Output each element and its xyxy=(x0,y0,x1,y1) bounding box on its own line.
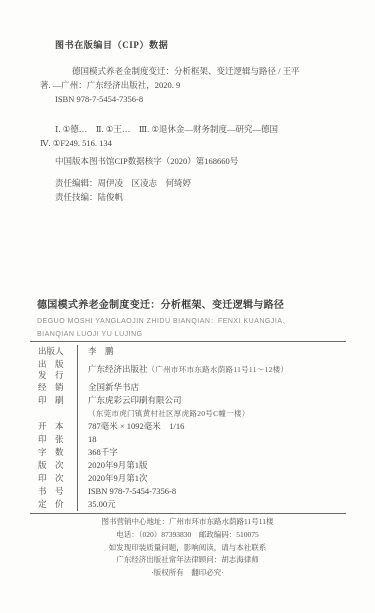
colophon-row-sheets: 印 张 18 xyxy=(30,433,346,446)
classification-line: Ⅰ. ①德… Ⅱ. ①王… Ⅲ. ①退休金—财务制度—研究—德国 xyxy=(40,123,360,137)
colophon-table: 出版人 李 鹏 出 版 发 行 广东经济出版社（广州市环市东路水荫路11号11～… xyxy=(30,341,346,514)
footer-marketing-address: 图书营销中心地址：广州市环市东路水荫路11号11楼 xyxy=(0,516,375,529)
row-label: 开 本 xyxy=(30,420,78,433)
cip-header: 图书在版编目（CIP）数据 xyxy=(55,38,168,51)
copyright-page: 图书在版编目（CIP）数据 德国模式养老金制度变迁：分析框架、变迁逻辑与路径 /… xyxy=(0,0,375,613)
cip-record-isbn: ISBN 978-7-5454-7356-8 xyxy=(40,93,355,107)
footer-copyright-notice: ·版权所有 翻印必究· xyxy=(0,567,375,580)
classification-line: Ⅳ. ①F249. 516. 134 xyxy=(40,137,360,151)
row-value: ISBN 978-7-5454-7356-8 xyxy=(78,485,176,498)
book-title-block: 德国模式养老金制度变迁：分析框架、变迁逻辑与路径 DEGUO MOSHI YAN… xyxy=(37,296,355,341)
editorial-credits: 责任编辑：周伊凌 区凌志 何绮婷 责任技编：陆俊帆 xyxy=(55,177,191,204)
row-label: 字 数 xyxy=(30,446,78,459)
row-label: 出 版 发 行 xyxy=(30,358,78,381)
row-value: 广东虎彩云印刷有限公司 （东莞市虎门镇黄村社区厚虎路20号C幢一楼） xyxy=(78,394,250,420)
cip-record-number: 中国版本图书馆CIP数据核字（2020）第168660号 xyxy=(55,155,238,167)
row-label: 出版人 xyxy=(30,345,78,358)
credits-editors: 责任编辑：周伊凌 区凌志 何绮婷 xyxy=(55,177,191,191)
colophon-row-wordcount: 字 数 368千字 xyxy=(30,446,346,459)
book-title: 德国模式养老金制度变迁：分析框架、变迁逻辑与路径 xyxy=(37,296,355,311)
cip-record: 德国模式养老金制度变迁：分析框架、变迁逻辑与路径 / 王平 著. —广州：广东经… xyxy=(40,65,355,106)
row-label: 印 张 xyxy=(30,433,78,446)
row-label: 印 刷 xyxy=(30,394,78,420)
cip-classification: Ⅰ. ①德… Ⅱ. ①王… Ⅲ. ①退休金—财务制度—研究—德国 Ⅳ. ①F24… xyxy=(40,123,360,151)
cip-record-line: 著. —广州：广东经济出版社，2020. 9 xyxy=(40,79,355,93)
footer-quality-notice: 如发现印装质量问题，影响阅读，请与本社联系 xyxy=(0,542,375,555)
colophon-row-impression: 印 次 2020年9月第1次 xyxy=(30,472,346,485)
row-value: 广东经济出版社（广州市环市东路水荫路11号11～12楼） xyxy=(78,358,288,381)
row-label: 定 价 xyxy=(30,498,78,511)
footer-phone-postcode: 电话：（020）87393830 邮政编码：510075 xyxy=(0,529,375,542)
page-footer: 图书营销中心地址：广州市环市东路水荫路11号11楼 电话：（020）873938… xyxy=(0,516,375,580)
row-label: 印 次 xyxy=(30,472,78,485)
publisher-address: （广州市环市东路水荫路11号11～12楼） xyxy=(148,363,289,376)
credits-technical-editor: 责任技编：陆俊帆 xyxy=(55,191,191,205)
colophon-row-distribution: 经 销 全国新华书店 xyxy=(30,381,346,394)
colophon-row-price: 定 价 35.00元 xyxy=(30,498,346,511)
colophon-row-publish-distribute: 出 版 发 行 广东经济出版社（广州市环市东路水荫路11号11～12楼） xyxy=(30,358,346,381)
footer-legal-counsel: 广东经济出版社常年法律顾问：胡志海律师 xyxy=(0,554,375,567)
colophon-row-isbn: 书 号 ISBN 978-7-5454-7356-8 xyxy=(30,485,346,498)
row-value: 368千字 xyxy=(78,446,118,459)
row-label: 版 次 xyxy=(30,459,78,472)
row-value: 787毫米 × 1092毫米 1/16 xyxy=(78,420,184,433)
printer-address: （东莞市虎门镇黄村社区厚虎路20号C幢一楼） xyxy=(88,407,250,420)
book-title-pinyin: DEGUO MOSHI YANGLAOJIN ZHIDU BIANQIAN：FE… xyxy=(37,315,355,328)
colophon-row-edition: 版 次 2020年9月第1版 xyxy=(30,459,346,472)
cip-record-line: 德国模式养老金制度变迁：分析框架、变迁逻辑与路径 / 王平 xyxy=(40,65,355,79)
row-value: 2020年9月第1次 xyxy=(78,472,148,485)
colophon-row-printing: 印 刷 广东虎彩云印刷有限公司 （东莞市虎门镇黄村社区厚虎路20号C幢一楼） xyxy=(30,394,346,420)
row-value: 2020年9月第1版 xyxy=(78,459,148,472)
row-label: 经 销 xyxy=(30,381,78,394)
colophon-row-format: 开 本 787毫米 × 1092毫米 1/16 xyxy=(30,420,346,433)
row-label: 书 号 xyxy=(30,485,78,498)
row-value: 18 xyxy=(78,433,97,446)
colophon-row-publisher: 出版人 李 鹏 xyxy=(30,345,346,358)
book-title-pinyin: BIANQIAN LUOJI YU LUJING xyxy=(37,328,355,341)
row-value: 全国新华书店 xyxy=(78,381,139,394)
row-value: 李 鹏 xyxy=(78,345,114,358)
row-value: 35.00元 xyxy=(78,498,116,511)
